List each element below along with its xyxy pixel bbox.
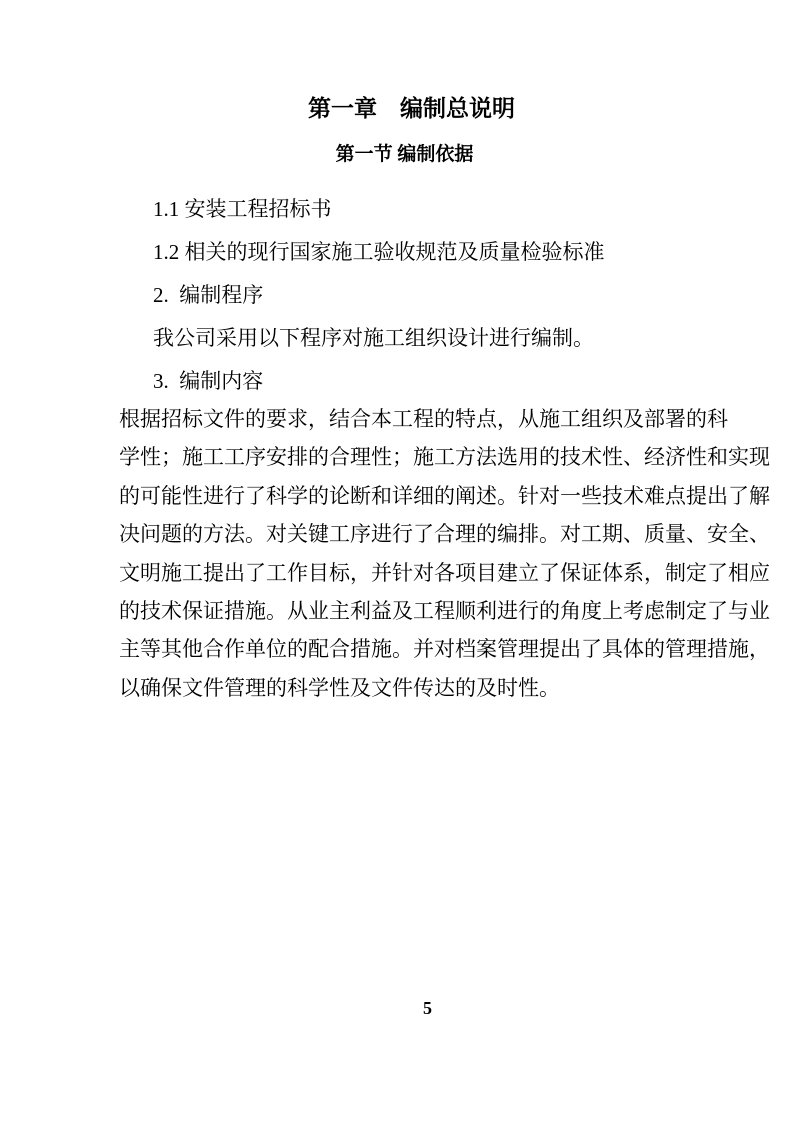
body-text: 1.1 安装工程招标书1.2 相关的现行国家施工验收规范及质量检验标准2. 编制…: [0, 190, 793, 707]
paragraph-line: 学性；施工工序安排的合理性；施工方法选用的技术性、经济性和实现: [119, 438, 793, 476]
paragraph-line: 的可能性进行了科学的论断和详细的阐述。针对一些技术难点提出了解: [119, 477, 793, 515]
paragraph-line: 决问题的方法。对关键工序进行了合理的编排。对工期、质量、安全、: [119, 515, 793, 553]
content-paragraph: 根据招标文件的要求，结合本工程的特点，从施工组织及部署的科学性；施工工序安排的合…: [0, 400, 793, 707]
paragraph-line: 根据招标文件的要求，结合本工程的特点，从施工组织及部署的科: [119, 400, 793, 438]
list-item: 1.2 相关的现行国家施工验收规范及质量检验标准: [0, 233, 793, 271]
paragraph-line: 的技术保证措施。从业主利益及工程顺利进行的角度上考虑制定了与业: [119, 592, 793, 630]
section-title: 第一节 编制依据: [0, 144, 793, 165]
paragraph-line: 文明施工提出了工作目标，并针对各项目建立了保证体系，制定了相应: [119, 554, 793, 592]
document-page: 第一章 编制总说明 第一节 编制依据 1.1 安装工程招标书1.2 相关的现行国…: [0, 0, 793, 1122]
page-number: 5: [0, 999, 793, 1017]
chapter-title: 第一章 编制总说明: [0, 0, 793, 122]
list-item: 2. 编制程序: [0, 276, 793, 314]
numbered-item-list: 1.1 安装工程招标书1.2 相关的现行国家施工验收规范及质量检验标准2. 编制…: [0, 190, 793, 400]
list-item: 我公司采用以下程序对施工组织设计进行编制。: [0, 319, 793, 357]
list-item: 1.1 安装工程招标书: [0, 190, 793, 228]
list-item: 3. 编制内容: [0, 362, 793, 400]
paragraph-line: 以确保文件管理的科学性及文件传达的及时性。: [119, 669, 793, 707]
paragraph-line: 主等其他合作单位的配合措施。并对档案管理提出了具体的管理措施，: [119, 630, 793, 668]
